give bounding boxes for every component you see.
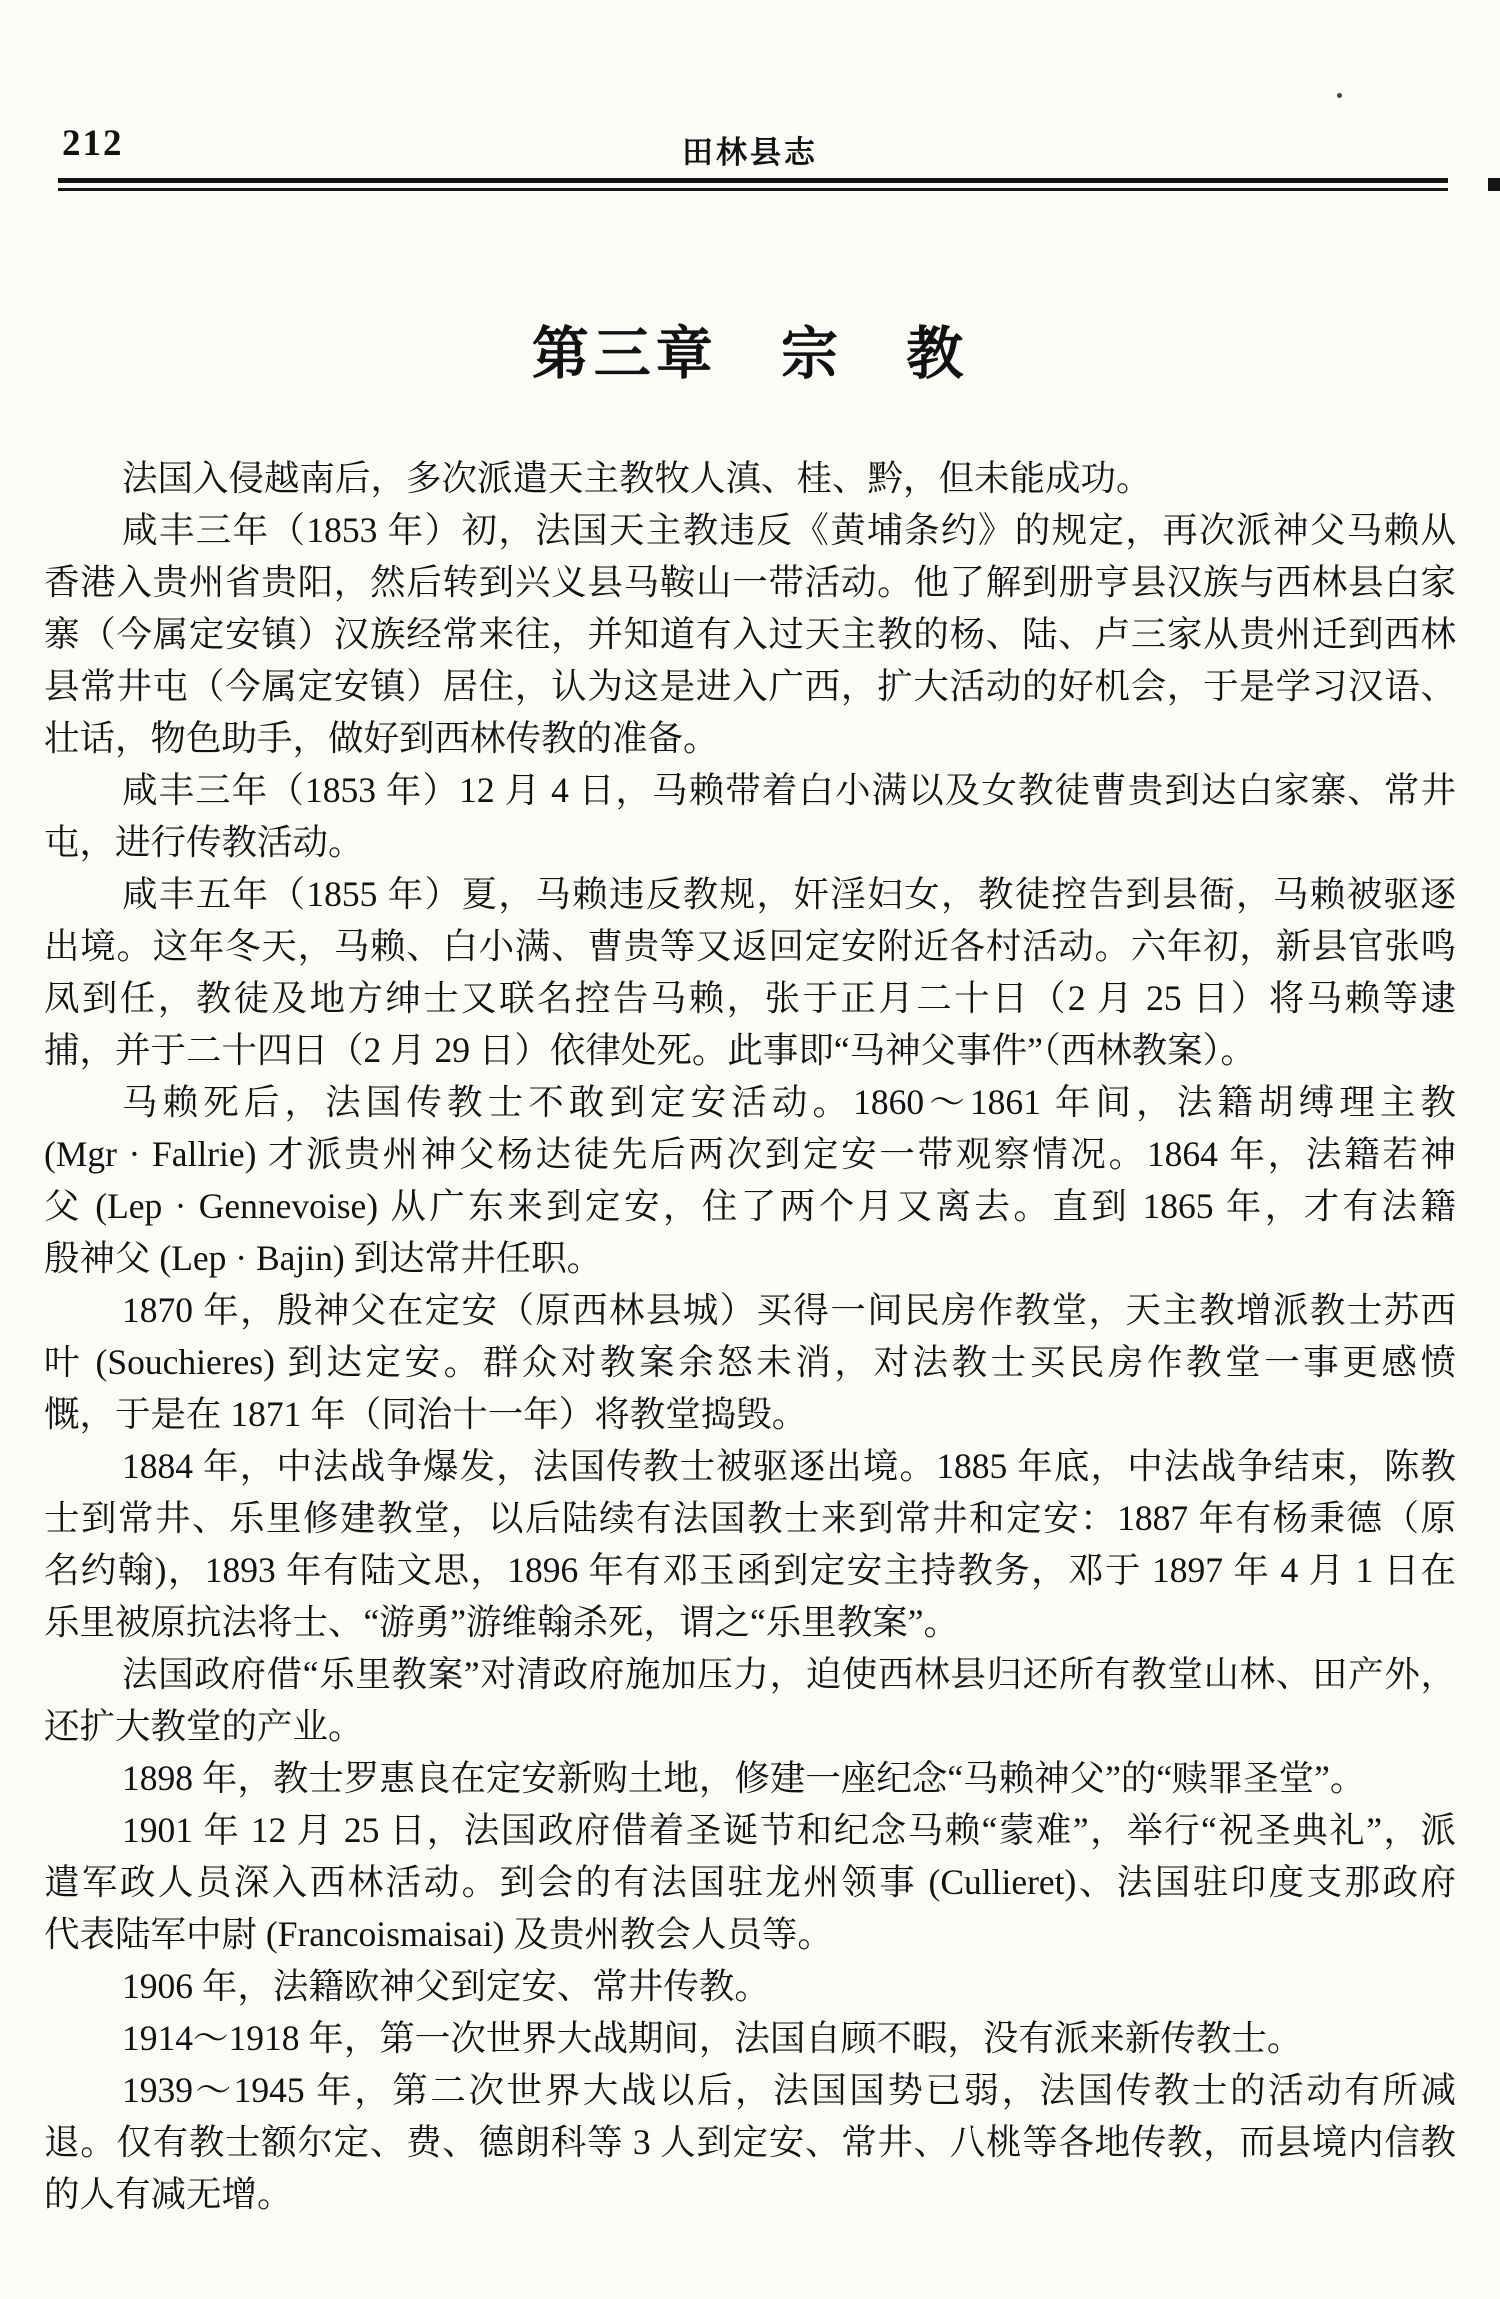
- text-line: 1901 年 12 月 25 日，法国政府借着圣诞节和纪念马赖“蒙难”，举行“祝…: [44, 1804, 1456, 1856]
- text-line: 乐里被原抗法将士、“游勇”游维翰杀死，谓之“乐里教案”。: [44, 1596, 1456, 1648]
- running-head-book-title: 田林县志: [0, 127, 1500, 172]
- text-line: 遣军政人员深入西林活动。到会的有法国驻龙州领事 (Cullieret)、法国驻印…: [44, 1856, 1456, 1908]
- text-line: 壮话，物色助手，做好到西林传教的准备。: [44, 712, 1456, 764]
- text-line: 香港入贵州省贵阳，然后转到兴义县马鞍山一带活动。他了解到册亨县汉族与西林县白家: [44, 556, 1456, 608]
- text-line: 寨（今属定安镇）汉族经常来往，并知道有入过天主教的杨、陆、卢三家从贵州迁到西林: [44, 608, 1456, 660]
- text-line: 出境。这年冬天，马赖、白小满、曹贵等又返回定安附近各村活动。六年初，新县官张鸣: [44, 920, 1456, 972]
- text-line: 叶 (Souchieres) 到达定安。群众对教案余怒未消，对法教士买民房作教堂…: [44, 1336, 1456, 1388]
- text-line: 屯，进行传教活动。: [44, 816, 1456, 868]
- text-line: 法国政府借“乐里教案”对清政府施加压力，迫使西林县归还所有教堂山林、田产外，: [44, 1648, 1456, 1700]
- text-line: 咸丰三年（1853 年）初，法国天主教违反《黄埔条约》的规定，再次派神父马赖从: [44, 504, 1456, 556]
- text-line: 1914～1918 年，第一次世界大战期间，法国自顾不暇，没有派来新传教士。: [44, 2012, 1456, 2064]
- text-line: 捕，并于二十四日（2 月 29 日）依律处死。此事即“马神父事件”（西林教案）。: [44, 1024, 1456, 1076]
- text-line: 1884 年，中法战争爆发，法国传教士被驱逐出境。1885 年底，中法战争结束，…: [44, 1440, 1456, 1492]
- text-line: 县常井屯（今属定安镇）居住，认为这是进入广西，扩大活动的好机会，于是学习汉语、: [44, 660, 1456, 712]
- text-line: 1870 年，殷神父在定安（原西林县城）买得一间民房作教堂，天主教增派教士苏西: [44, 1284, 1456, 1336]
- text-line: 马赖死后，法国传教士不敢到定安活动。1860～1861 年间，法籍胡缚理主教: [44, 1076, 1456, 1128]
- text-line: 殷神父 (Lep · Bajin) 到达常井任职。: [44, 1232, 1456, 1284]
- text-line: 父 (Lep · Gennevoise) 从广东来到定安，住了两个月又离去。直到…: [44, 1180, 1456, 1232]
- header-double-rule: [58, 178, 1448, 191]
- text-line: (Mgr · Fallrie) 才派贵州神父杨达徒先后两次到定安一带观察情况。1…: [44, 1128, 1456, 1180]
- chapter-title: 第三章 宗 教: [0, 308, 1500, 390]
- text-line: 1939～1945 年，第二次世界大战以后，法国国势已弱，法国传教士的活动有所减: [44, 2064, 1456, 2116]
- text-line: 咸丰三年（1853 年）12 月 4 日，马赖带着白小满以及女教徒曹贵到达白家寨…: [44, 764, 1456, 816]
- text-line: 慨，于是在 1871 年（同治十一年）将教堂捣毁。: [44, 1388, 1456, 1440]
- text-line: 的人有减无增。: [44, 2168, 1456, 2220]
- text-line: 咸丰五年（1855 年）夏，马赖违反教规，奸淫妇女，教徒控告到县衙，马赖被驱逐: [44, 868, 1456, 920]
- text-line: 法国入侵越南后，多次派遣天主教牧人滇、桂、黔，但未能成功。: [44, 452, 1456, 504]
- text-line: 1898 年，教士罗惠良在定安新购土地，修建一座纪念“马赖神父”的“赎罪圣堂”。: [44, 1752, 1456, 1804]
- text-line: 名约翰)，1893 年有陆文思，1896 年有邓玉函到定安主持教务，邓于 189…: [44, 1544, 1456, 1596]
- text-line: 代表陆军中尉 (Francoismaisai) 及贵州教会人员等。: [44, 1908, 1456, 1960]
- body-text: 法国入侵越南后，多次派遣天主教牧人滇、桂、黔，但未能成功。咸丰三年（1853 年…: [44, 452, 1456, 2220]
- scanned-book-page: 212 田林县志 第三章 宗 教 法国入侵越南后，多次派遣天主教牧人滇、桂、黔，…: [0, 0, 1500, 2299]
- text-line: 还扩大教堂的产业。: [44, 1700, 1456, 1752]
- text-line: 凤到任，教徒及地方绅士又联名控告马赖，张于正月二十日（2 月 25 日）将马赖等…: [44, 972, 1456, 1024]
- text-line: 1906 年，法籍欧神父到定安、常井传教。: [44, 1960, 1456, 2012]
- text-line: 士到常井、乐里修建教堂，以后陆续有法国教士来到常井和定安：1887 年有杨秉德（…: [44, 1492, 1456, 1544]
- text-line: 退。仅有教士额尔定、费、德朗科等 3 人到定安、常井、八桃等各地传教，而县境内信…: [44, 2116, 1456, 2168]
